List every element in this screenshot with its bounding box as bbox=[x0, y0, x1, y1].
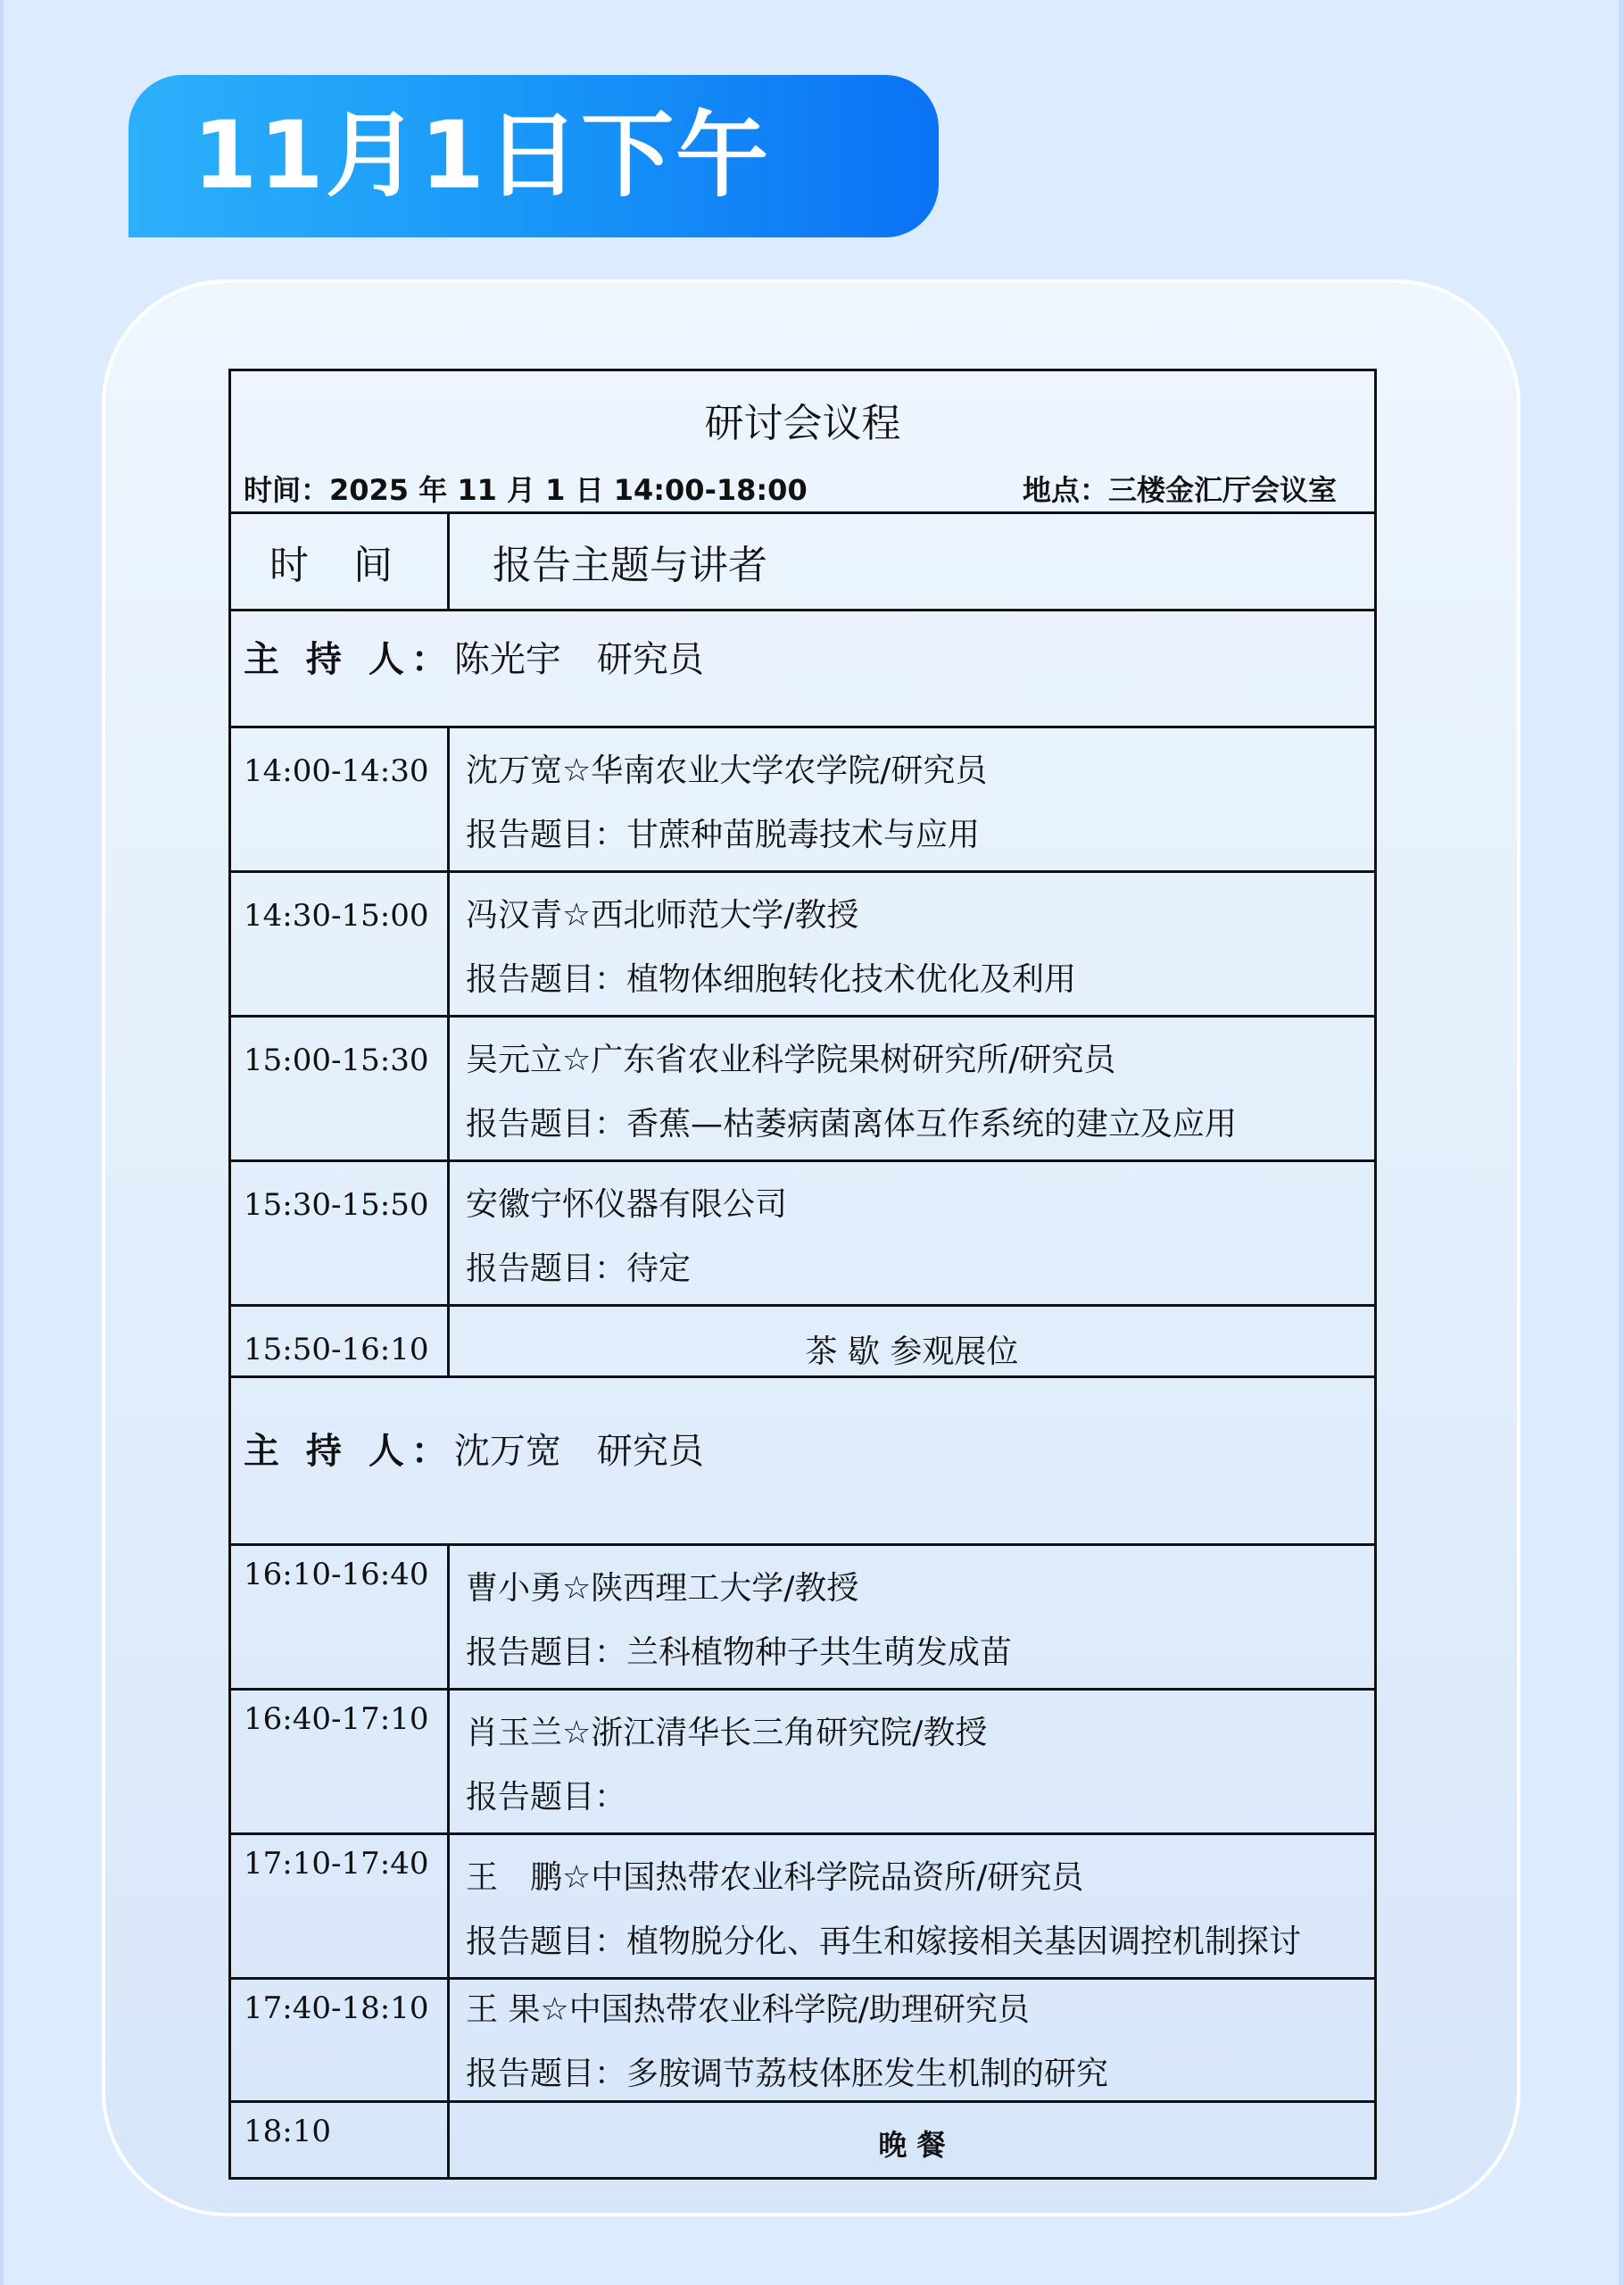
slot-time: 16:40-17:10 bbox=[230, 1690, 449, 1834]
slot-time: 17:10-17:40 bbox=[230, 1834, 449, 1979]
table-row: 16:10-16:40 曹小勇☆陕西理工大学/教授 报告题目：兰科植物种子共生萌… bbox=[230, 1545, 1376, 1690]
agenda-location: 地点：三楼金汇厅会议室 bbox=[1023, 468, 1337, 509]
table-row: 15:00-15:30 吴元立☆广东省农业科学院果树研究所/研究员 报告题目：香… bbox=[230, 1017, 1376, 1161]
table-row: 14:00-14:30 沈万宽☆华南农业大学农学院/研究员 报告题目：甘蔗种苗脱… bbox=[230, 727, 1376, 872]
slot-topic: 报告题目：兰科植物种子共生萌发成苗 bbox=[466, 1633, 1374, 1673]
slot-detail: 吴元立☆广东省农业科学院果树研究所/研究员 报告题目：香蕉—枯萎病菌离体互作系统… bbox=[449, 1017, 1376, 1161]
host-label: 主 持 人： bbox=[244, 639, 454, 680]
slot-detail: 肖玉兰☆浙江清华长三角研究院/教授 报告题目： bbox=[449, 1690, 1376, 1834]
column-header-row: 时 间 报告主题与讲者 bbox=[230, 513, 1376, 611]
page-edge-left bbox=[0, 0, 4, 2285]
agenda-table: 研讨会议程 时间：2025 年 11 月 1 日 14:00-18:00 地点：… bbox=[228, 369, 1377, 2180]
slot-time: 15:00-15:30 bbox=[230, 1017, 449, 1161]
table-row: 14:30-15:00 冯汉青☆西北师范大学/教授 报告题目：植物体细胞转化技术… bbox=[230, 872, 1376, 1017]
slot-topic: 报告题目：香蕉—枯萎病菌离体互作系统的建立及应用 bbox=[466, 1105, 1374, 1144]
slot-speaker: 曹小勇☆陕西理工大学/教授 bbox=[466, 1569, 1374, 1608]
agenda-meta: 时间：2025 年 11 月 1 日 14:00-18:00 地点：三楼金汇厅会… bbox=[231, 448, 1374, 509]
banner-title: 11月1日下午 bbox=[193, 102, 770, 209]
host-cell: 主 持 人：沈万宽 研究员 bbox=[230, 1377, 1376, 1545]
slot-topic: 报告题目：待定 bbox=[466, 1250, 1374, 1289]
slot-topic: 报告题目：植物体细胞转化技术优化及利用 bbox=[466, 960, 1374, 1000]
host-cell: 主 持 人：陈光宇 研究员 bbox=[230, 611, 1376, 727]
slot-detail: 王 果☆中国热带农业科学院/助理研究员 报告题目：多胺调节荔枝体胚发生机制的研究 bbox=[449, 1979, 1376, 2102]
slot-time: 16:10-16:40 bbox=[230, 1545, 449, 1690]
slot-topic: 报告题目：植物脱分化、再生和嫁接相关基因调控机制探讨 bbox=[466, 1923, 1374, 1962]
slot-time: 15:30-15:50 bbox=[230, 1161, 449, 1306]
slot-detail: 沈万宽☆华南农业大学农学院/研究员 报告题目：甘蔗种苗脱毒技术与应用 bbox=[449, 727, 1376, 872]
slot-speaker: 吴元立☆广东省农业科学院果树研究所/研究员 bbox=[466, 1041, 1374, 1080]
agenda-header-row: 研讨会议程 时间：2025 年 11 月 1 日 14:00-18:00 地点：… bbox=[230, 370, 1376, 513]
date-banner: 11月1日下午 bbox=[128, 75, 939, 237]
slot-topic: 报告题目：甘蔗种苗脱毒技术与应用 bbox=[466, 816, 1374, 855]
slot-detail: 曹小勇☆陕西理工大学/教授 报告题目：兰科植物种子共生萌发成苗 bbox=[449, 1545, 1376, 1690]
agenda-title: 研讨会议程 bbox=[231, 371, 1374, 448]
table-row: 16:40-17:10 肖玉兰☆浙江清华长三角研究院/教授 报告题目： bbox=[230, 1690, 1376, 1834]
slot-speaker: 沈万宽☆华南农业大学农学院/研究员 bbox=[466, 752, 1374, 791]
table-row: 17:40-18:10 王 果☆中国热带农业科学院/助理研究员 报告题目：多胺调… bbox=[230, 1979, 1376, 2102]
dinner-time: 18:10 bbox=[230, 2102, 449, 2179]
page-edge-right bbox=[1619, 0, 1624, 2285]
slot-detail: 冯汉青☆西北师范大学/教授 报告题目：植物体细胞转化技术优化及利用 bbox=[449, 872, 1376, 1017]
slot-time: 14:30-15:00 bbox=[230, 872, 449, 1017]
host-row: 主 持 人：陈光宇 研究员 bbox=[230, 611, 1376, 727]
break-row: 15:50-16:10 茶 歇 参观展位 bbox=[230, 1306, 1376, 1377]
host-name: 陈光宇 研究员 bbox=[454, 639, 704, 680]
agenda-time: 时间：2025 年 11 月 1 日 14:00-18:00 bbox=[244, 468, 808, 509]
host-row: 主 持 人：沈万宽 研究员 bbox=[230, 1377, 1376, 1545]
slot-time: 14:00-14:30 bbox=[230, 727, 449, 872]
slot-speaker: 肖玉兰☆浙江清华长三角研究院/教授 bbox=[466, 1714, 1374, 1753]
column-header-time: 时 间 bbox=[230, 513, 449, 611]
host-name: 沈万宽 研究员 bbox=[454, 1431, 704, 1472]
slot-speaker: 安徽宁怀仪器有限公司 bbox=[466, 1185, 1374, 1225]
slot-speaker: 王 鹏☆中国热带农业科学院品资所/研究员 bbox=[466, 1858, 1374, 1898]
break-time: 15:50-16:10 bbox=[230, 1306, 449, 1377]
break-label: 茶 歇 参观展位 bbox=[449, 1306, 1376, 1377]
host-label: 主 持 人： bbox=[244, 1431, 454, 1472]
table-row: 15:30-15:50 安徽宁怀仪器有限公司 报告题目：待定 bbox=[230, 1161, 1376, 1306]
slot-detail: 王 鹏☆中国热带农业科学院品资所/研究员 报告题目：植物脱分化、再生和嫁接相关基… bbox=[449, 1834, 1376, 1979]
slot-topic: 报告题目： bbox=[466, 1778, 1374, 1817]
dinner-label: 晚 餐 bbox=[449, 2102, 1376, 2179]
slot-detail: 安徽宁怀仪器有限公司 报告题目：待定 bbox=[449, 1161, 1376, 1306]
slot-speaker: 冯汉青☆西北师范大学/教授 bbox=[466, 896, 1374, 935]
dinner-row: 18:10 晚 餐 bbox=[230, 2102, 1376, 2179]
agenda-header: 研讨会议程 时间：2025 年 11 月 1 日 14:00-18:00 地点：… bbox=[230, 370, 1376, 513]
slot-topic: 报告题目：多胺调节荔枝体胚发生机制的研究 bbox=[466, 2055, 1374, 2094]
column-header-topic: 报告主题与讲者 bbox=[449, 513, 1376, 611]
table-row: 17:10-17:40 王 鹏☆中国热带农业科学院品资所/研究员 报告题目：植物… bbox=[230, 1834, 1376, 1979]
slot-time: 17:40-18:10 bbox=[230, 1979, 449, 2102]
slot-speaker: 王 果☆中国热带农业科学院/助理研究员 bbox=[466, 1990, 1374, 2030]
